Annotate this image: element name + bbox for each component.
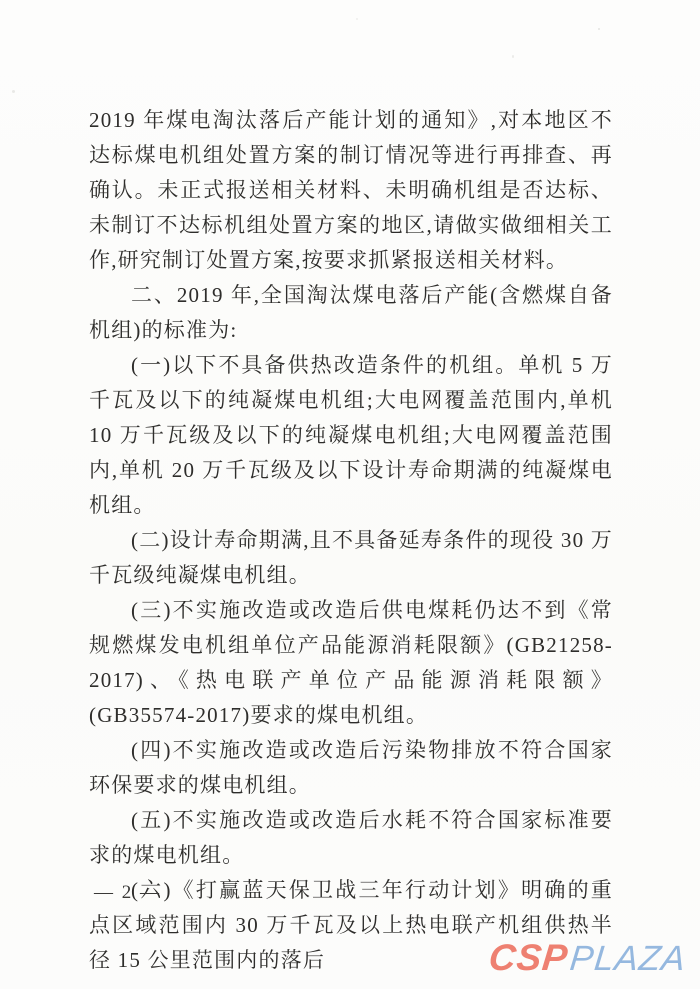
document-body: 2019 年煤电淘汰落后产能计划的通知》,对本地区不达标煤电机组处置方案的制订情… (89, 103, 613, 978)
scanned-document-page: 2019 年煤电淘汰落后产能计划的通知》,对本地区不达标煤电机组处置方案的制订情… (0, 0, 700, 989)
paragraph-section-2: 二、2019 年,全国淘汰煤电落后产能(含燃煤自备机组)的标准为: (89, 278, 613, 348)
paragraph-continuation: 2019 年煤电淘汰落后产能计划的通知》,对本地区不达标煤电机组处置方案的制订情… (89, 103, 613, 278)
paragraph-item-1: (一)以下不具备供热改造条件的机组。单机 5 万千瓦及以下的纯凝煤电机组;大电网… (89, 348, 613, 523)
page-number: — 2 — (94, 882, 161, 904)
paragraph-item-4: (四)不实施改造或改造后污染物排放不符合国家环保要求的煤电机组。 (89, 733, 613, 803)
paragraph-item-5: (五)不实施改造或改造后水耗不符合国家标准要求的煤电机组。 (89, 803, 613, 873)
plaza-logo-text: PLAZA (568, 939, 688, 979)
cspplaza-watermark-logo: CSPPLAZA (489, 937, 686, 979)
paragraph-item-3: (三)不实施改造或改造后供电煤耗仍达不到《常规燃煤发电机组单位产品能源消耗限额》… (89, 593, 613, 733)
scan-speck (356, 18, 358, 20)
scan-speck (12, 90, 15, 93)
scan-speck (512, 55, 514, 58)
paragraph-item-2: (二)设计寿命期满,且不具备延寿条件的现役 30 万千瓦级纯凝煤电机组。 (89, 523, 613, 593)
csp-logo-text: CSP (487, 937, 570, 979)
scan-speck (598, 28, 600, 30)
